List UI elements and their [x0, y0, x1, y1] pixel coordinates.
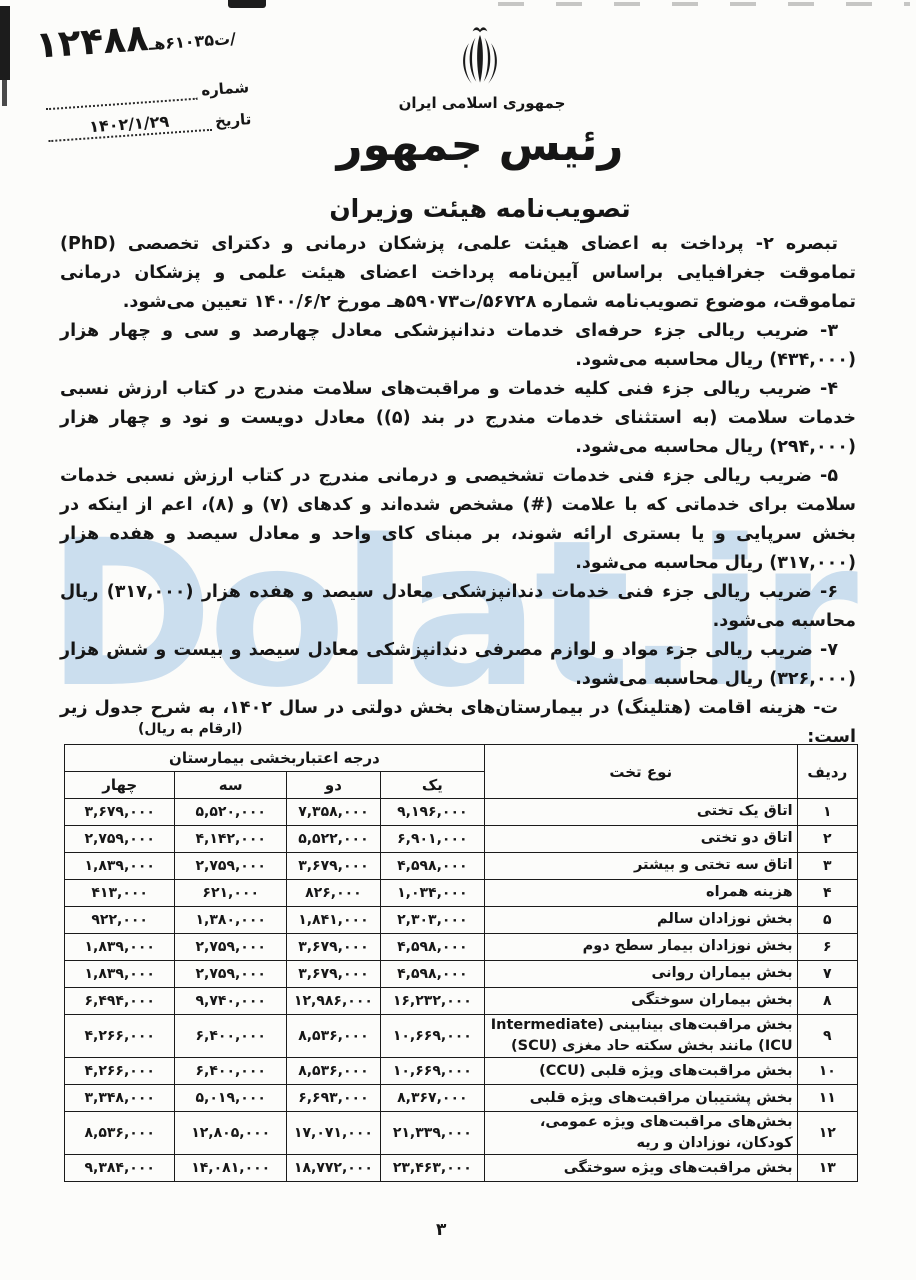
bed-type-cell: هزینه همراه — [484, 880, 797, 907]
amounts-in-rial-note: (ارقام به ریال) — [138, 721, 243, 737]
col-header-accreditation-grade: درجه اعتباربخشی بیمارستان — [65, 745, 485, 772]
rate-cell: ۸,۵۳۶,۰۰۰ — [287, 1015, 381, 1058]
row-index-cell: ۸ — [797, 988, 857, 1015]
bed-type-cell: بخش مراقبت‌های ویژه قلبی (CCU) — [484, 1058, 797, 1085]
bed-type-cell: بخش نوزادان بیمار سطح دوم — [484, 934, 797, 961]
rate-cell: ۸۲۶,۰۰۰ — [287, 880, 381, 907]
page-number: ۳ — [436, 1220, 446, 1240]
rate-cell: ۱,۸۳۹,۰۰۰ — [65, 961, 175, 988]
scan-top-artifact — [228, 0, 266, 8]
bed-type-cell: بخش مراقبت‌های بینابینی (Intermediate IC… — [484, 1015, 797, 1058]
rate-cell: ۲,۷۵۹,۰۰۰ — [175, 961, 287, 988]
table-row: ۵ بخش نوزادان سالم ۲,۳۰۳,۰۰۰ ۱,۸۴۱,۰۰۰ ۱… — [65, 907, 858, 934]
grade-two-header: دو — [287, 772, 381, 799]
rate-cell: ۱۲,۹۸۶,۰۰۰ — [287, 988, 381, 1015]
rate-cell: ۹,۷۴۰,۰۰۰ — [175, 988, 287, 1015]
row-index-cell: ۷ — [797, 961, 857, 988]
rate-cell: ۹,۳۸۴,۰۰۰ — [65, 1155, 175, 1182]
table-row: ۲ اتاق دو تختی ۶,۹۰۱,۰۰۰ ۵,۵۲۲,۰۰۰ ۴,۱۴۲… — [65, 826, 858, 853]
row-index-cell: ۲ — [797, 826, 857, 853]
col-header-bed-type: نوع تخت — [484, 745, 797, 799]
rate-cell: ۴,۵۹۸,۰۰۰ — [380, 961, 484, 988]
decree-number-suffix: /ت۶۱۰۳۵هـ — [148, 29, 236, 54]
bed-type-cell: بخش مراقبت‌های ویژه سوختگی — [484, 1155, 797, 1182]
table-row: ۱۰ بخش مراقبت‌های ویژه قلبی (CCU) ۱۰,۶۶۹… — [65, 1058, 858, 1085]
body-paragraph: ۵- ضریب ریالی جزء فنی خدمات تشخیصی و درم… — [60, 462, 856, 578]
grade-four-header: چهار — [65, 772, 175, 799]
dotted-leader — [45, 84, 198, 111]
rate-cell: ۳,۶۷۹,۰۰۰ — [287, 853, 381, 880]
rate-cell: ۲,۳۰۳,۰۰۰ — [380, 907, 484, 934]
table-row: ۱۱ بخش پشتیبان مراقبت‌های ویژه قلبی ۸,۳۶… — [65, 1085, 858, 1112]
rate-cell: ۴,۱۴۲,۰۰۰ — [175, 826, 287, 853]
table-row: ۹ بخش مراقبت‌های بینابینی (Intermediate … — [65, 1015, 858, 1058]
table-row: ۷ بخش بیماران روانی ۴,۵۹۸,۰۰۰ ۳,۶۷۹,۰۰۰ … — [65, 961, 858, 988]
rate-cell: ۲,۷۵۹,۰۰۰ — [175, 853, 287, 880]
rate-cell: ۱,۰۳۴,۰۰۰ — [380, 880, 484, 907]
row-index-cell: ۱۲ — [797, 1112, 857, 1155]
table-row: ۳ اتاق سه تختی و بیشتر ۴,۵۹۸,۰۰۰ ۳,۶۷۹,۰… — [65, 853, 858, 880]
table-header-row: ردیف نوع تخت درجه اعتباربخشی بیمارستان — [65, 745, 858, 772]
scan-top-artifact — [498, 2, 910, 6]
rate-cell: ۳,۶۷۹,۰۰۰ — [287, 934, 381, 961]
rate-cell: ۵,۵۲۰,۰۰۰ — [175, 799, 287, 826]
rate-cell: ۱,۸۳۹,۰۰۰ — [65, 853, 175, 880]
rate-cell: ۷,۳۵۸,۰۰۰ — [287, 799, 381, 826]
rate-cell: ۱۷,۰۷۱,۰۰۰ — [287, 1112, 381, 1155]
table-row: ۱۲ بخش‌های مراقبت‌های ویژه عمومی، کودکان… — [65, 1112, 858, 1155]
rate-cell: ۹۲۲,۰۰۰ — [65, 907, 175, 934]
bed-type-cell: اتاق دو تختی — [484, 826, 797, 853]
rate-cell: ۳,۶۷۹,۰۰۰ — [65, 799, 175, 826]
rate-cell: ۶,۹۰۱,۰۰۰ — [380, 826, 484, 853]
rate-cell: ۲,۷۵۹,۰۰۰ — [65, 826, 175, 853]
bed-type-cell: بخش بیماران روانی — [484, 961, 797, 988]
rate-cell: ۸,۳۶۷,۰۰۰ — [380, 1085, 484, 1112]
row-index-cell: ۹ — [797, 1015, 857, 1058]
bed-type-cell: اتاق سه تختی و بیشتر — [484, 853, 797, 880]
body-paragraph: ۷- ضریب ریالی جزء مواد و لوازم مصرفی دند… — [60, 636, 856, 694]
date-value: ۱۴۰۲/۱/۲۹ — [47, 109, 212, 142]
rate-cell: ۱,۸۴۱,۰۰۰ — [287, 907, 381, 934]
col-header-row-index: ردیف — [797, 745, 857, 799]
number-field: شماره — [45, 78, 250, 110]
grade-one-header: یک — [380, 772, 484, 799]
table-row: ۶ بخش نوزادان بیمار سطح دوم ۴,۵۹۸,۰۰۰ ۳,… — [65, 934, 858, 961]
row-index-cell: ۱۰ — [797, 1058, 857, 1085]
rate-cell: ۱۶,۲۳۲,۰۰۰ — [380, 988, 484, 1015]
registration-stamp: /ت۶۱۰۳۵هـ۱۲۴۸۸ شماره تاریخ ۱۴۰۲/۱/۲۹ — [34, 8, 264, 142]
rate-cell: ۴۱۳,۰۰۰ — [65, 880, 175, 907]
bed-type-cell: بخش بیماران سوختگی — [484, 988, 797, 1015]
bed-type-cell: اتاق یک تختی — [484, 799, 797, 826]
row-index-cell: ۶ — [797, 934, 857, 961]
number-label: شماره — [201, 78, 250, 99]
iran-emblem-icon — [452, 24, 508, 90]
rate-cell: ۸,۵۳۶,۰۰۰ — [287, 1058, 381, 1085]
rate-cell: ۲,۷۵۹,۰۰۰ — [175, 934, 287, 961]
rate-cell: ۵,۰۱۹,۰۰۰ — [175, 1085, 287, 1112]
rate-cell: ۴,۵۹۸,۰۰۰ — [380, 934, 484, 961]
rate-cell: ۶,۶۹۳,۰۰۰ — [287, 1085, 381, 1112]
rate-cell: ۹,۱۹۶,۰۰۰ — [380, 799, 484, 826]
grade-three-header: سه — [175, 772, 287, 799]
rate-cell: ۶,۴۰۰,۰۰۰ — [175, 1015, 287, 1058]
rate-cell: ۱۸,۷۷۲,۰۰۰ — [287, 1155, 381, 1182]
body-paragraph: ۳- ضریب ریالی جزء حرفه‌ای خدمات دندانپزش… — [60, 317, 856, 375]
decree-body: تبصره ۲- پرداخت به اعضای هیئت علمی، پزشک… — [60, 230, 856, 752]
table-row: ۱۳ بخش مراقبت‌های ویژه سوختگی ۲۳,۴۶۳,۰۰۰… — [65, 1155, 858, 1182]
rate-cell: ۳,۳۴۸,۰۰۰ — [65, 1085, 175, 1112]
body-paragraph: ۴- ضریب ریالی جزء فنی کلیه خدمات و مراقب… — [60, 375, 856, 462]
table-row: ۸ بخش بیماران سوختگی ۱۶,۲۳۲,۰۰۰ ۱۲,۹۸۶,۰… — [65, 988, 858, 1015]
rate-cell: ۴,۲۶۶,۰۰۰ — [65, 1058, 175, 1085]
rate-cell: ۸,۵۳۶,۰۰۰ — [65, 1112, 175, 1155]
rate-cell: ۱۴,۰۸۱,۰۰۰ — [175, 1155, 287, 1182]
row-index-cell: ۱۱ — [797, 1085, 857, 1112]
rate-cell: ۳,۶۷۹,۰۰۰ — [287, 961, 381, 988]
row-index-cell: ۵ — [797, 907, 857, 934]
row-index-cell: ۱۳ — [797, 1155, 857, 1182]
body-paragraph: تبصره ۲- پرداخت به اعضای هیئت علمی، پزشک… — [60, 230, 856, 317]
rate-cell: ۲۳,۴۶۳,۰۰۰ — [380, 1155, 484, 1182]
rate-cell: ۶۲۱,۰۰۰ — [175, 880, 287, 907]
rate-cell: ۵,۵۲۲,۰۰۰ — [287, 826, 381, 853]
rate-cell: ۱۲,۸۰۵,۰۰۰ — [175, 1112, 287, 1155]
decree-number-value: ۱۲۴۸۸ — [34, 16, 150, 67]
rate-cell: ۶,۴۰۰,۰۰۰ — [175, 1058, 287, 1085]
bed-type-cell: بخش پشتیبان مراقبت‌های ویژه قلبی — [484, 1085, 797, 1112]
scan-edge-artifact — [0, 6, 10, 80]
rate-cell: ۴,۵۹۸,۰۰۰ — [380, 853, 484, 880]
rate-cell: ۲۱,۳۳۹,۰۰۰ — [380, 1112, 484, 1155]
decree-number: /ت۶۱۰۳۵هـ۱۲۴۸۸ — [34, 8, 258, 66]
hoteling-rates-table: ردیف نوع تخت درجه اعتباربخشی بیمارستان ی… — [64, 744, 858, 1182]
table-row: ۱ اتاق یک تختی ۹,۱۹۶,۰۰۰ ۷,۳۵۸,۰۰۰ ۵,۵۲۰… — [65, 799, 858, 826]
president-calligraphy: رئیس جمهور — [330, 110, 630, 180]
table-row: ۴ هزینه همراه ۱,۰۳۴,۰۰۰ ۸۲۶,۰۰۰ ۶۲۱,۰۰۰ … — [65, 880, 858, 907]
rate-cell: ۴,۲۶۶,۰۰۰ — [65, 1015, 175, 1058]
rate-cell: ۱,۳۸۰,۰۰۰ — [175, 907, 287, 934]
scanned-decree-page: /ت۶۱۰۳۵هـ۱۲۴۸۸ شماره تاریخ ۱۴۰۲/۱/۲۹ جمه… — [0, 0, 916, 1280]
cabinet-resolution-title: تصویب‌نامه هیئت وزیران — [320, 194, 640, 223]
row-index-cell: ۴ — [797, 880, 857, 907]
date-label: تاریخ — [214, 110, 252, 130]
bed-type-cell: بخش نوزادان سالم — [484, 907, 797, 934]
row-index-cell: ۳ — [797, 853, 857, 880]
rate-cell: ۱,۸۳۹,۰۰۰ — [65, 934, 175, 961]
date-field: تاریخ ۱۴۰۲/۱/۲۹ — [47, 106, 252, 142]
row-index-cell: ۱ — [797, 799, 857, 826]
scan-edge-artifact — [2, 80, 7, 106]
rate-cell: ۱۰,۶۶۹,۰۰۰ — [380, 1015, 484, 1058]
rate-cell: ۱۰,۶۶۹,۰۰۰ — [380, 1058, 484, 1085]
rate-cell: ۶,۴۹۴,۰۰۰ — [65, 988, 175, 1015]
bed-type-cell: بخش‌های مراقبت‌های ویژه عمومی، کودکان، ن… — [484, 1112, 797, 1155]
body-paragraph: ۶- ضریب ریالی جزء فنی خدمات دندانپزشکی م… — [60, 578, 856, 636]
